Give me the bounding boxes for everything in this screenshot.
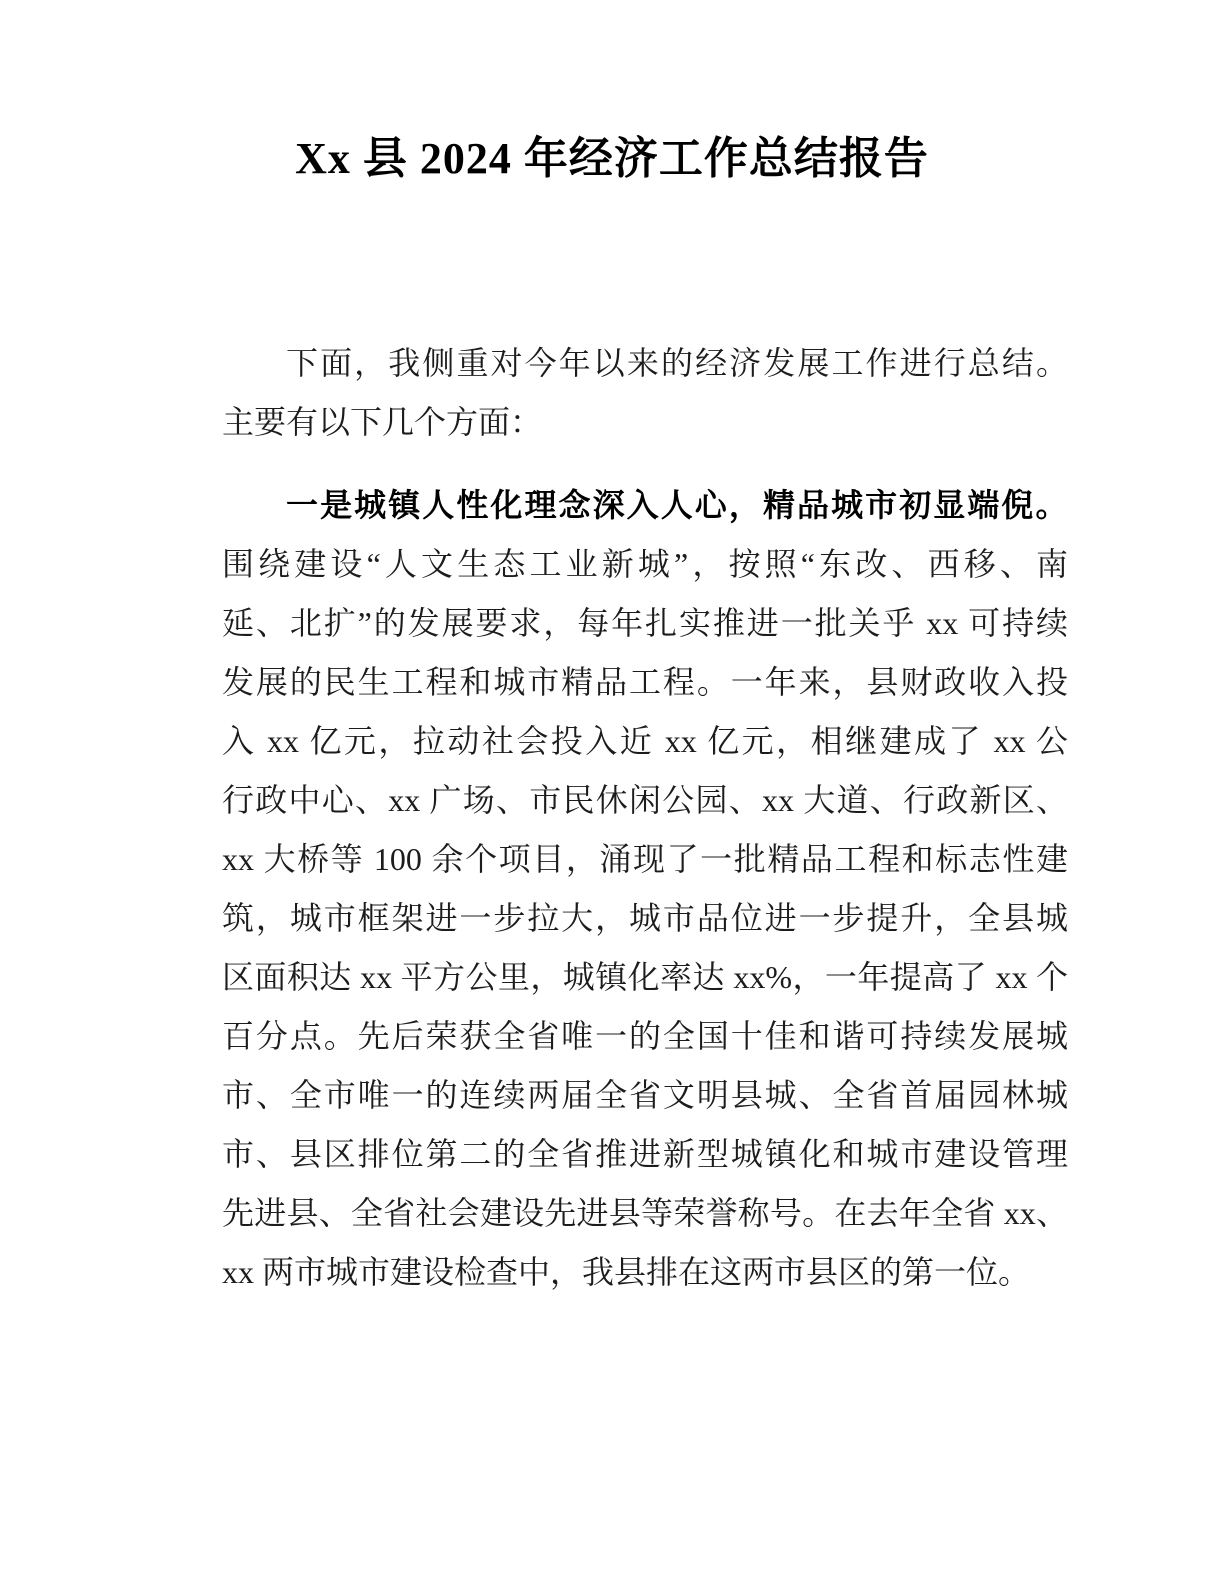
text-line: xx 大桥等 100 余个项目，涌现了一批精品工程和标志性建 [222, 830, 1068, 889]
paragraph: 下面，我侧重对今年以来的经济发展工作进行总结。 主要有以下几个方面： [222, 334, 1068, 452]
document-body: 下面，我侧重对今年以来的经济发展工作进行总结。 主要有以下几个方面： 一是城镇人… [222, 334, 1068, 1302]
text-line: 先进县、全省社会建设先进县等荣誉称号。在去年全省 xx、 [222, 1184, 1068, 1243]
document-title: Xx 县 2024 年经济工作总结报告 [144, 124, 1080, 194]
text-line: 区面积达 xx 平方公里，城镇化率达 xx%，一年提高了 xx 个 [222, 948, 1068, 1007]
text-line-section-heading: 一是城镇人性化理念深入人心，精品城市初显端倪。 [222, 476, 1068, 535]
paragraph: 一是城镇人性化理念深入人心，精品城市初显端倪。 围绕建设“人文生态工业新城”，按… [222, 476, 1068, 1302]
text-line: 市、县区排位第二的全省推进新型城镇化和城市建设管理 [222, 1125, 1068, 1184]
text-line: 行政中心、xx 广场、市民休闲公园、xx 大道、行政新区、 [222, 771, 1068, 830]
text-line: 筑，城市框架进一步拉大，城市品位进一步提升，全县城 [222, 889, 1068, 948]
text-line: xx 两市城市建设检查中，我县排在这两市县区的第一位。 [222, 1243, 1068, 1302]
text-line: 市、全市唯一的连续两届全省文明县城、全省首届园林城 [222, 1066, 1068, 1125]
text-line: 主要有以下几个方面： [222, 393, 1068, 452]
text-line: 发展的民生工程和城市精品工程。一年来，县财政收入投 [222, 653, 1068, 712]
text-line: 延、北扩”的发展要求，每年扎实推进一批关乎 xx 可持续 [222, 594, 1068, 653]
text-line: 百分点。先后荣获全省唯一的全国十佳和谐可持续发展城 [222, 1007, 1068, 1066]
text-line: 围绕建设“人文生态工业新城”，按照“东改、西移、南 [222, 535, 1068, 594]
document-page: Xx 县 2024 年经济工作总结报告 下面，我侧重对今年以来的经济发展工作进行… [0, 0, 1224, 1584]
text-line: 下面，我侧重对今年以来的经济发展工作进行总结。 [222, 334, 1068, 393]
text-line: 入 xx 亿元，拉动社会投入近 xx 亿元，相继建成了 xx 公园、 [222, 712, 1068, 771]
